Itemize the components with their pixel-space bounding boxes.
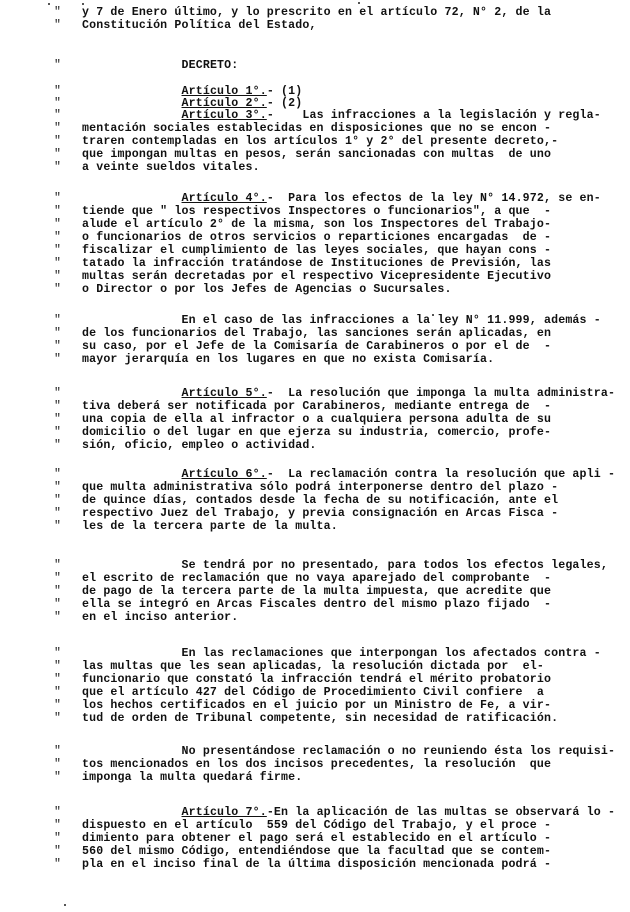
continuation-quote-mark: " xyxy=(54,218,82,231)
line-text: No presentándose reclamación o no reunie… xyxy=(182,745,616,758)
scan-speck xyxy=(358,2,360,4)
continuation-quote-mark: " xyxy=(54,494,82,507)
line-text: respectivo Juez del Trabajo, y previa co… xyxy=(82,507,558,520)
line-text: una copia de ella al infractor o a cualq… xyxy=(82,413,551,426)
continuation-quote-mark: " xyxy=(54,559,82,572)
indent xyxy=(82,647,182,660)
line-text: - La resolución que imponga la multa adm… xyxy=(267,387,615,400)
text-line: "mayor jerarquía en los lugares en que n… xyxy=(54,353,494,366)
continuation-quote-mark: " xyxy=(54,244,82,257)
article-heading: Artículo 5°. xyxy=(182,387,267,400)
text-line: " Artículo 3°.- Las infracciones a la le… xyxy=(54,109,601,122)
text-line: " En el caso de las infracciones a la le… xyxy=(54,314,601,327)
continuation-quote-mark: " xyxy=(54,745,82,758)
text-line: "tos mencionados en los dos incisos prec… xyxy=(54,758,551,771)
indent xyxy=(82,192,182,205)
line-text: en el inciso anterior. xyxy=(82,611,238,624)
continuation-quote-mark: " xyxy=(54,314,82,327)
text-line: "o funcionarios de otros servicios o rep… xyxy=(54,231,551,244)
line-text: los hechos certificados en el juicio por… xyxy=(82,699,551,712)
indent xyxy=(82,387,182,400)
line-text: a veinte sueldos vitales. xyxy=(82,161,260,174)
text-line: "Constitución Política del Estado, xyxy=(54,19,317,32)
line-text: alude el artículo 2° de la misma, son lo… xyxy=(82,218,551,231)
text-line: "que el artículo 427 del Código de Proce… xyxy=(54,686,544,699)
line-text: su caso, por el Jefe de la Comisaría de … xyxy=(82,340,551,353)
line-text: sión, oficio, empleo o actividad. xyxy=(82,439,317,452)
continuation-quote-mark: " xyxy=(54,660,82,673)
text-line: "el escrito de reclamación que no vaya a… xyxy=(54,572,551,585)
indent xyxy=(82,559,182,572)
text-line: " Artículo 5°.- La resolución que impong… xyxy=(54,387,615,400)
continuation-quote-mark: " xyxy=(54,148,82,161)
text-line: "sión, oficio, empleo o actividad. xyxy=(54,439,317,452)
text-line: "que impongan multas en pesos, serán san… xyxy=(54,148,551,161)
line-text: pla en el inciso final de la última disp… xyxy=(82,858,551,871)
continuation-quote-mark: " xyxy=(54,598,82,611)
continuation-quote-mark: " xyxy=(54,283,82,296)
continuation-quote-mark: " xyxy=(54,699,82,712)
text-line: "y 7 de Enero último, y lo prescrito en … xyxy=(54,6,551,19)
continuation-quote-mark: " xyxy=(54,400,82,413)
text-line: " No presentándose reclamación o no reun… xyxy=(54,745,615,758)
text-line: "en el inciso anterior. xyxy=(54,611,238,624)
line-text: que el artículo 427 del Código de Proced… xyxy=(82,686,544,699)
continuation-quote-mark: " xyxy=(54,340,82,353)
line-text: tatado la infracción tratándose de Insti… xyxy=(82,257,551,270)
text-line: "las multas que les sean aplicadas, la r… xyxy=(54,660,544,673)
line-text: les de la tercera parte de la multa. xyxy=(82,520,338,533)
continuation-quote-mark: " xyxy=(54,109,82,122)
continuation-quote-mark: " xyxy=(54,771,82,784)
continuation-quote-mark: " xyxy=(54,832,82,845)
text-line: " Artículo 4°.- Para los efectos de la l… xyxy=(54,192,601,205)
continuation-quote-mark: " xyxy=(54,439,82,452)
continuation-quote-mark: " xyxy=(54,205,82,218)
text-line: "de quince días, contados desde la fecha… xyxy=(54,494,558,507)
line-text: En el caso de las infracciones a la ley … xyxy=(182,314,601,327)
continuation-quote-mark: " xyxy=(54,845,82,858)
line-text: imponga la multa quedará firme. xyxy=(82,771,302,784)
text-line: "imponga la multa quedará firme. xyxy=(54,771,302,784)
continuation-quote-mark: " xyxy=(54,231,82,244)
text-line: "les de la tercera parte de la multa. xyxy=(54,520,338,533)
text-line: "los hechos certificados en el juicio po… xyxy=(54,699,551,712)
indent xyxy=(82,109,182,122)
line-text: dimiento para obtener el pago será el es… xyxy=(82,832,551,845)
line-text: que impongan multas en pesos, serán sanc… xyxy=(82,148,551,161)
line-text: -En la aplicación de las multas se obser… xyxy=(267,806,615,819)
line-text: ella se integró en Arcas Fiscales dentro… xyxy=(82,598,551,611)
indent xyxy=(82,59,182,72)
text-line: " Artículo 7°.-En la aplicación de las m… xyxy=(54,806,615,819)
continuation-quote-mark: " xyxy=(54,481,82,494)
line-text: 560 del mismo Código, entendiéndose que … xyxy=(82,845,551,858)
continuation-quote-mark: " xyxy=(54,327,82,340)
continuation-quote-mark: " xyxy=(54,673,82,686)
line-text: que multa administrativa sólo podrá inte… xyxy=(82,481,558,494)
line-text: En las reclamaciones que interpongan los… xyxy=(182,647,601,660)
line-text: de quince días, contados desde la fecha … xyxy=(82,494,558,507)
continuation-quote-mark: " xyxy=(54,426,82,439)
continuation-quote-mark: " xyxy=(54,858,82,871)
line-text: funcionario que constató la infracción t… xyxy=(82,673,551,686)
line-text: domicilio o del lugar en que ejerza su i… xyxy=(82,426,551,439)
document-page: "y 7 de Enero último, y lo prescrito en … xyxy=(0,0,630,912)
text-line: "que multa administrativa sólo podrá int… xyxy=(54,481,558,494)
continuation-quote-mark: " xyxy=(54,257,82,270)
scan-speck xyxy=(64,904,66,906)
line-text: dispuesto en el artículo 559 del Código … xyxy=(82,819,551,832)
line-text: el escrito de reclamación que no vaya ap… xyxy=(82,572,551,585)
text-line: "a veinte sueldos vitales. xyxy=(54,161,260,174)
continuation-quote-mark: " xyxy=(54,647,82,660)
text-line: "tiva deberá ser notificada por Carabine… xyxy=(54,400,551,413)
continuation-quote-mark: " xyxy=(54,468,82,481)
continuation-quote-mark: " xyxy=(54,758,82,771)
indent xyxy=(82,745,182,758)
text-line: "su caso, por el Jefe de la Comisaría de… xyxy=(54,340,551,353)
text-line: "pla en el inciso final de la última dis… xyxy=(54,858,551,871)
continuation-quote-mark: " xyxy=(54,507,82,520)
text-line: "una copia de ella al infractor o a cual… xyxy=(54,413,551,426)
line-text: traren contempladas en los artículos 1° … xyxy=(82,135,558,148)
text-line: " Se tendrá por no presentado, para todo… xyxy=(54,559,608,572)
text-line: "tud de orden de Tribunal competente, si… xyxy=(54,712,558,725)
continuation-quote-mark: " xyxy=(54,192,82,205)
line-text: de pago de la tercera parte de la multa … xyxy=(82,585,551,598)
continuation-quote-mark: " xyxy=(54,520,82,533)
text-line: "traren contempladas en los artículos 1°… xyxy=(54,135,558,148)
line-text: tud de orden de Tribunal competente, sin… xyxy=(82,712,558,725)
continuation-quote-mark: " xyxy=(54,353,82,366)
line-text: fiscalizar el cumplimiento de las leyes … xyxy=(82,244,551,257)
continuation-quote-mark: " xyxy=(54,611,82,624)
continuation-quote-mark: " xyxy=(54,135,82,148)
scan-speck xyxy=(82,3,84,5)
line-text: - La reclamación contra la resolución qu… xyxy=(267,468,615,481)
line-text: DECRETO: xyxy=(182,59,239,72)
article-heading: Artículo 4°. xyxy=(182,192,267,205)
line-text: Constitución Política del Estado, xyxy=(82,19,317,32)
indent xyxy=(82,468,182,481)
text-line: " En las reclamaciones que interpongan l… xyxy=(54,647,601,660)
indent xyxy=(82,314,182,327)
text-line: "de los funcionarios del Trabajo, las sa… xyxy=(54,327,551,340)
text-line: "dimiento para obtener el pago será el e… xyxy=(54,832,551,845)
text-line: "mentación sociales establecidas en disp… xyxy=(54,122,551,135)
line-text: o Director o por los Jefes de Agencias o… xyxy=(82,283,452,296)
text-line: "respectivo Juez del Trabajo, y previa c… xyxy=(54,507,558,520)
line-text: - Para los efectos de la ley N° 14.972, … xyxy=(267,192,601,205)
text-line: "fiscalizar el cumplimiento de las leyes… xyxy=(54,244,551,257)
text-line: "dispuesto en el artículo 559 del Código… xyxy=(54,819,551,832)
line-text: mayor jerarquía en los lugares en que no… xyxy=(82,353,494,366)
line-text: las multas que les sean aplicadas, la re… xyxy=(82,660,544,673)
continuation-quote-mark: " xyxy=(54,585,82,598)
continuation-quote-mark: " xyxy=(54,270,82,283)
article-heading: Artículo 7°. xyxy=(182,806,267,819)
line-text: multas serán decretadas por el respectiv… xyxy=(82,270,551,283)
continuation-quote-mark: " xyxy=(54,806,82,819)
continuation-quote-mark: " xyxy=(54,6,82,19)
line-text: tos mencionados en los dos incisos prece… xyxy=(82,758,551,771)
continuation-quote-mark: " xyxy=(54,161,82,174)
continuation-quote-mark: " xyxy=(54,122,82,135)
text-line: "funcionario que constató la infracción … xyxy=(54,673,551,686)
continuation-quote-mark: " xyxy=(54,59,82,72)
text-line: "domicilio o del lugar en que ejerza su … xyxy=(54,426,551,439)
scan-speck xyxy=(48,3,50,5)
continuation-quote-mark: " xyxy=(54,712,82,725)
text-line: "tatado la infracción tratándose de Inst… xyxy=(54,257,551,270)
line-text: mentación sociales establecidas en dispo… xyxy=(82,122,551,135)
text-line: "multas serán decretadas por el respecti… xyxy=(54,270,551,283)
text-line: "o Director o por los Jefes de Agencias … xyxy=(54,283,452,296)
text-line: " Artículo 6°.- La reclamación contra la… xyxy=(54,468,615,481)
continuation-quote-mark: " xyxy=(54,572,82,585)
line-text: tiende que " los respectivos Inspectores… xyxy=(82,205,551,218)
continuation-quote-mark: " xyxy=(54,686,82,699)
line-text: tiva deberá ser notificada por Carabiner… xyxy=(82,400,551,413)
continuation-quote-mark: " xyxy=(54,387,82,400)
text-line: "de pago de la tercera parte de la multa… xyxy=(54,585,551,598)
article-heading: Artículo 6°. xyxy=(182,468,267,481)
line-text: Se tendrá por no presentado, para todos … xyxy=(182,559,608,572)
article-heading: Artículo 3°. xyxy=(182,109,267,122)
text-line: "ella se integró en Arcas Fiscales dentr… xyxy=(54,598,551,611)
continuation-quote-mark: " xyxy=(54,19,82,32)
continuation-quote-mark: " xyxy=(54,413,82,426)
indent xyxy=(82,806,182,819)
line-text: - Las infracciones a la legislación y re… xyxy=(267,109,601,122)
line-text: o funcionarios de otros servicios o repa… xyxy=(82,231,551,244)
text-line: "alude el artículo 2° de la misma, son l… xyxy=(54,218,551,231)
text-line: " DECRETO: xyxy=(54,59,238,72)
text-line: "560 del mismo Código, entendiéndose que… xyxy=(54,845,551,858)
text-line: "tiende que " los respectivos Inspectore… xyxy=(54,205,551,218)
line-text: y 7 de Enero último, y lo prescrito en e… xyxy=(82,6,551,19)
continuation-quote-mark: " xyxy=(54,819,82,832)
line-text: de los funcionarios del Trabajo, las san… xyxy=(82,327,551,340)
